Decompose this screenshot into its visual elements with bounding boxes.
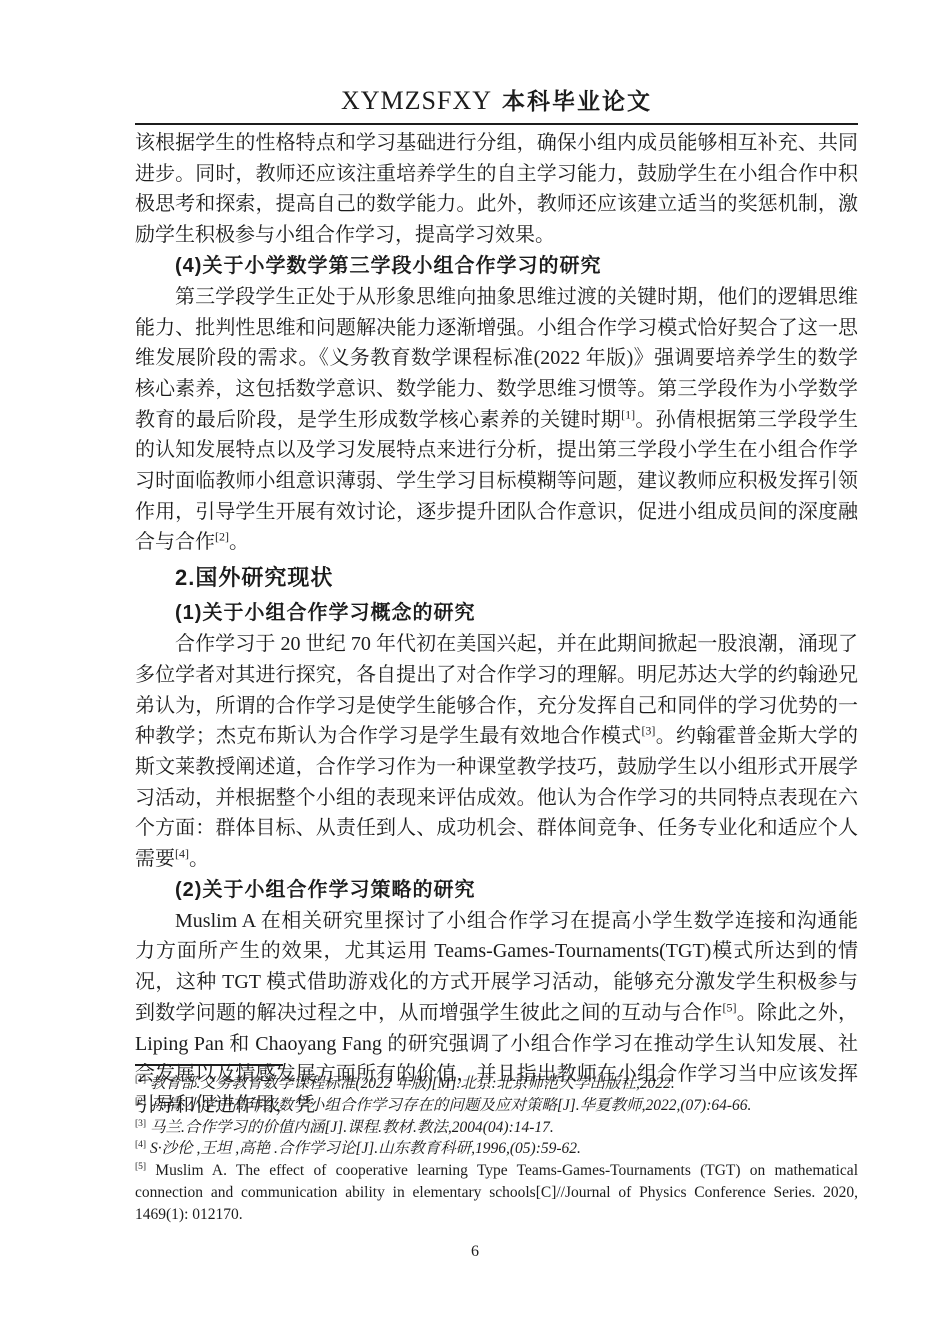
footnote-item: [2] 孙倩.小学中高年级数学小组合作学习存在的问题及应对策略[J].华夏教师,… bbox=[135, 1095, 858, 1117]
section-heading: 2.国外研究现状 bbox=[135, 558, 858, 598]
subsection-heading: (2)关于小组合作学习策略的研究 bbox=[135, 875, 858, 906]
footnote-item: [1] 教育部.义务教育数学课程标准(2022 年版)[M].北京:北京师范大学… bbox=[135, 1073, 858, 1095]
text-run: 该根据学生的性格特点和学习基础进行分组，确保小组内成员能够相互补充、共同进步。同… bbox=[135, 132, 858, 246]
footnote-item: [5] Muslim A. The effect of cooperative … bbox=[135, 1160, 858, 1225]
page-header: XYMZSFXY本科毕业论文 bbox=[135, 86, 858, 125]
text-run: 。 bbox=[229, 531, 249, 553]
subsection-heading: (1)关于小组合作学习概念的研究 bbox=[135, 598, 858, 629]
citation-marker: [5] bbox=[722, 1000, 736, 1014]
citation-marker: [4] bbox=[175, 846, 189, 860]
footnote-text: 孙倩.小学中高年级数学小组合作学习存在的问题及应对策略[J].华夏教师,2022… bbox=[146, 1097, 751, 1114]
footnote-marker: [2] bbox=[135, 1097, 146, 1107]
citation-marker: [1] bbox=[621, 407, 635, 421]
citation-marker: [3] bbox=[641, 724, 655, 738]
thesis-page: XYMZSFXY本科毕业论文 该根据学生的性格特点和学习基础进行分组，确保小组内… bbox=[0, 0, 950, 1344]
footnote-separator bbox=[135, 1064, 283, 1066]
body-paragraph: 第三学段学生正处于从形象思维向抽象思维过渡的关键时期，他们的逻辑思维能力、批判性… bbox=[135, 282, 858, 558]
text-run: 。 bbox=[189, 848, 209, 870]
footnote-text: 教育部.义务教育数学课程标准(2022 年版)[M].北京:北京师范大学出版社,… bbox=[146, 1075, 675, 1092]
footnote-marker: [5] bbox=[135, 1162, 146, 1172]
footnote-item: [3] 马兰.合作学习的价值内涵[J].课程.教材.教法,2004(04):14… bbox=[135, 1117, 858, 1139]
header-title-cn: 本科毕业论文 bbox=[502, 89, 652, 114]
footnote-item: [4] S·沙伦 ,王坦 ,高艳 .合作学习论[J].山东教育科研,1996,(… bbox=[135, 1138, 858, 1160]
body-paragraph: 该根据学生的性格特点和学习基础进行分组，确保小组内成员能够相互补充、共同进步。同… bbox=[135, 128, 858, 251]
footnotes-section: [1] 教育部.义务教育数学课程标准(2022 年版)[M].北京:北京师范大学… bbox=[135, 1064, 858, 1226]
footnote-marker: [3] bbox=[135, 1118, 146, 1128]
page-number: 6 bbox=[0, 1243, 950, 1261]
footnote-text: Muslim A. The effect of cooperative lear… bbox=[135, 1162, 858, 1223]
citation-marker: [2] bbox=[215, 530, 229, 544]
footnote-text: 马兰.合作学习的价值内涵[J].课程.教材.教法,2004(04):14-17. bbox=[146, 1119, 554, 1136]
subsection-heading: (4)关于小学数学第三学段小组合作学习的研究 bbox=[135, 251, 858, 282]
footnote-list: [1] 教育部.义务教育数学课程标准(2022 年版)[M].北京:北京师范大学… bbox=[135, 1073, 858, 1226]
body-paragraph: 合作学习于 20 世纪 70 年代初在美国兴起，并在此期间掀起一股浪潮，涌现了多… bbox=[135, 629, 858, 875]
footnote-text: S·沙伦 ,王坦 ,高艳 .合作学习论[J].山东教育科研,1996,(05):… bbox=[146, 1140, 581, 1157]
footnote-marker: [1] bbox=[135, 1075, 146, 1085]
header-title-latin: XYMZSFXY bbox=[341, 86, 492, 115]
footnote-marker: [4] bbox=[135, 1140, 146, 1150]
document-body: 该根据学生的性格特点和学习基础进行分组，确保小组内成员能够相互补充、共同进步。同… bbox=[135, 128, 858, 1121]
